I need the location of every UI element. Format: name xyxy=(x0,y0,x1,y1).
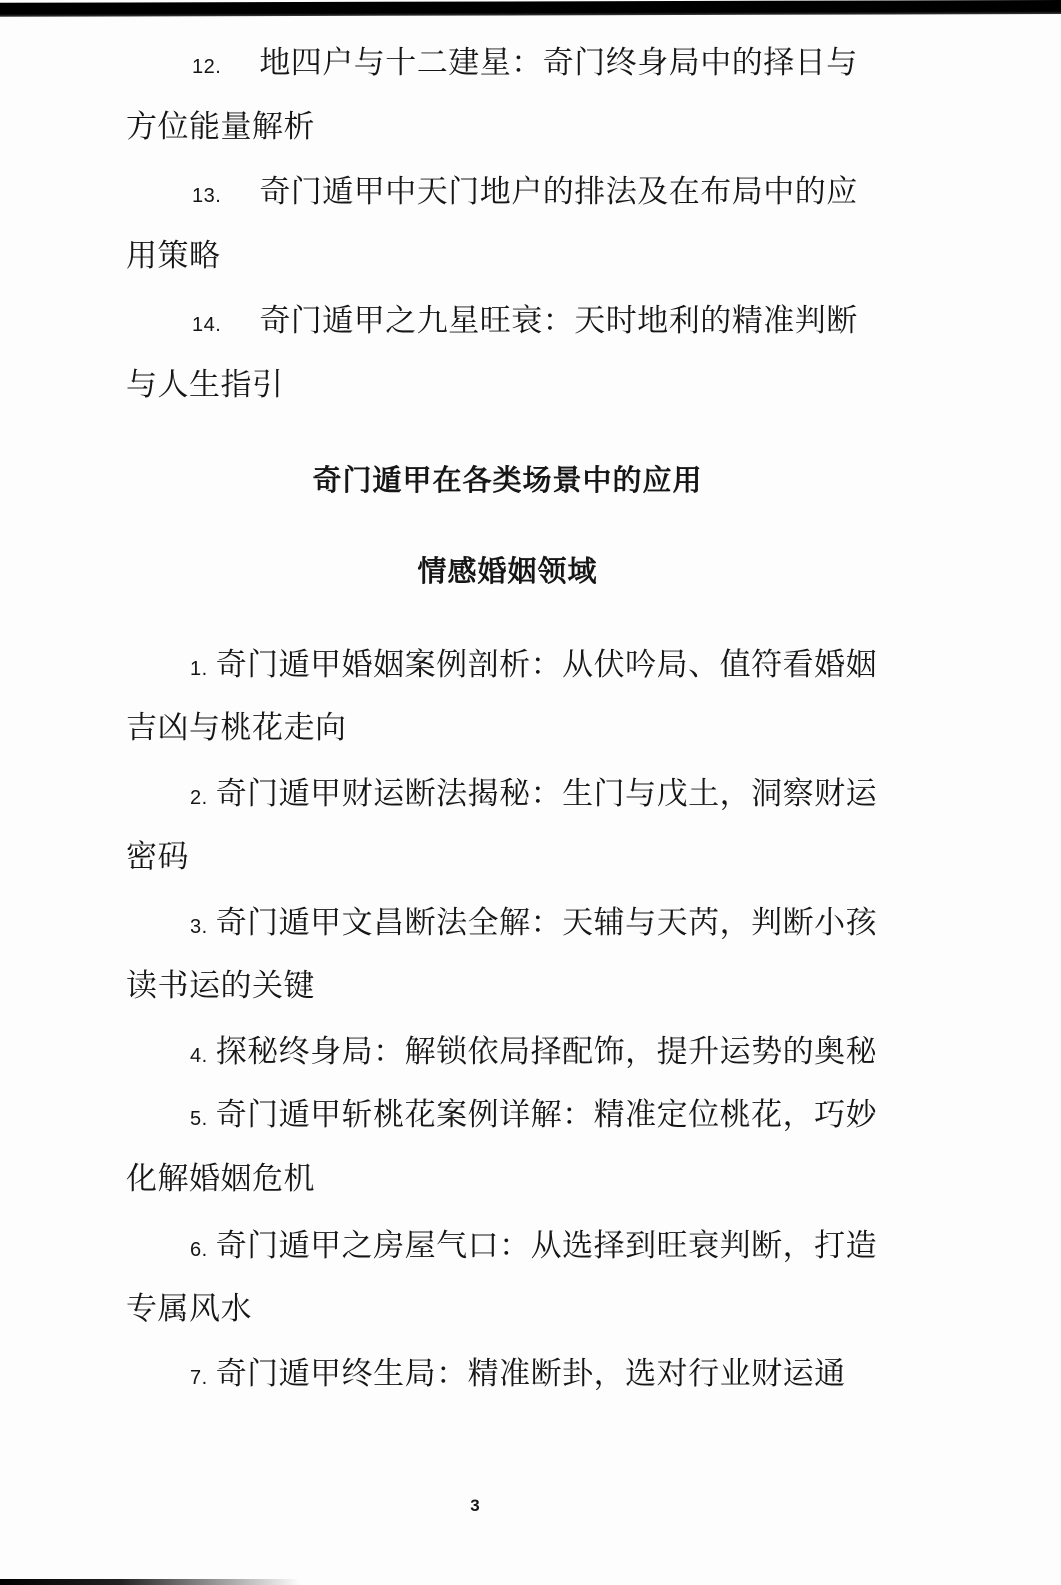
list-item-13-line2: 用策略 xyxy=(126,236,221,276)
list-item-3-line2: 读书运的关键 xyxy=(126,966,315,1006)
list-item-text: 奇门遁甲财运断法揭秘：生门与戊土，洞察财运 xyxy=(216,776,878,812)
list-item-7-line1: 7.奇门遁甲终生局：精准断卦，选对行业财运通 xyxy=(190,1354,846,1398)
list-item-4-line1: 4.探秘终身局：解锁依局择配饰，提升运势的奥秘 xyxy=(190,1032,877,1076)
list-item-5-line1: 5.奇门遁甲斩桃花案例详解：精准定位桃花，巧妙 xyxy=(190,1095,877,1139)
list-item-number: 5. xyxy=(190,1099,208,1139)
page-number: 3 xyxy=(0,1496,950,1516)
list-item-12-line1: 12.地四户与十二建星：奇门终身局中的择日与 xyxy=(192,43,858,87)
list-item-number: 2. xyxy=(190,778,208,818)
list-item-number: 6. xyxy=(190,1230,208,1270)
list-item-number: 1. xyxy=(190,649,208,689)
list-item-text: 奇门遁甲文昌断法全解：天辅与天芮，判断小孩 xyxy=(216,905,878,941)
list-item-text: 奇门遁甲中天门地户的排法及在布局中的应 xyxy=(259,174,858,210)
list-item-12-line2: 方位能量解析 xyxy=(126,107,315,147)
list-item-number: 12. xyxy=(192,47,221,87)
list-item-14-line1: 14.奇门遁甲之九星旺衰：天时地利的精准判断 xyxy=(192,301,858,345)
list-item-number: 7. xyxy=(190,1358,208,1398)
list-item-6-line1: 6.奇门遁甲之房屋气口：从选择到旺衰判断，打造 xyxy=(190,1226,877,1270)
list-item-number: 14. xyxy=(192,305,221,345)
list-item-text: 奇门遁甲终生局：精准断卦，选对行业财运通 xyxy=(216,1356,846,1392)
list-item-5-line2: 化解婚姻危机 xyxy=(126,1159,315,1199)
list-item-14-line2: 与人生指引 xyxy=(126,365,284,405)
list-item-text: 奇门遁甲之九星旺衰：天时地利的精准判断 xyxy=(259,303,858,339)
document-page: 12.地四户与十二建星：奇门终身局中的择日与 方位能量解析 13.奇门遁甲中天门… xyxy=(0,0,1061,1585)
list-item-number: 4. xyxy=(190,1036,208,1076)
list-item-2-line2: 密码 xyxy=(126,837,189,877)
list-item-6-line2: 专属风水 xyxy=(126,1289,252,1329)
list-item-1-line1: 1.奇门遁甲婚姻案例剖析：从伏吟局、值符看婚姻 xyxy=(190,645,877,689)
section-title: 奇门遁甲在各类场景中的应用 xyxy=(0,460,1015,500)
subsection-title: 情感婚姻领域 xyxy=(0,551,1015,591)
list-item-text: 奇门遁甲之房屋气口：从选择到旺衰判断，打造 xyxy=(216,1228,878,1264)
list-item-2-line1: 2.奇门遁甲财运断法揭秘：生门与戊土，洞察财运 xyxy=(190,774,877,818)
list-item-text: 奇门遁甲婚姻案例剖析：从伏吟局、值符看婚姻 xyxy=(216,647,878,683)
list-item-number: 3. xyxy=(190,907,208,947)
list-item-1-line2: 吉凶与桃花走向 xyxy=(126,708,347,748)
list-item-3-line1: 3.奇门遁甲文昌断法全解：天辅与天芮，判断小孩 xyxy=(190,903,877,947)
list-item-13-line1: 13.奇门遁甲中天门地户的排法及在布局中的应 xyxy=(192,172,858,216)
list-item-text: 地四户与十二建星：奇门终身局中的择日与 xyxy=(259,45,858,81)
list-item-text: 奇门遁甲斩桃花案例详解：精准定位桃花，巧妙 xyxy=(216,1097,878,1133)
photo-bottom-edge xyxy=(0,1579,300,1585)
list-item-number: 13. xyxy=(192,176,221,216)
list-item-text: 探秘终身局：解锁依局择配饰，提升运势的奥秘 xyxy=(216,1034,878,1070)
